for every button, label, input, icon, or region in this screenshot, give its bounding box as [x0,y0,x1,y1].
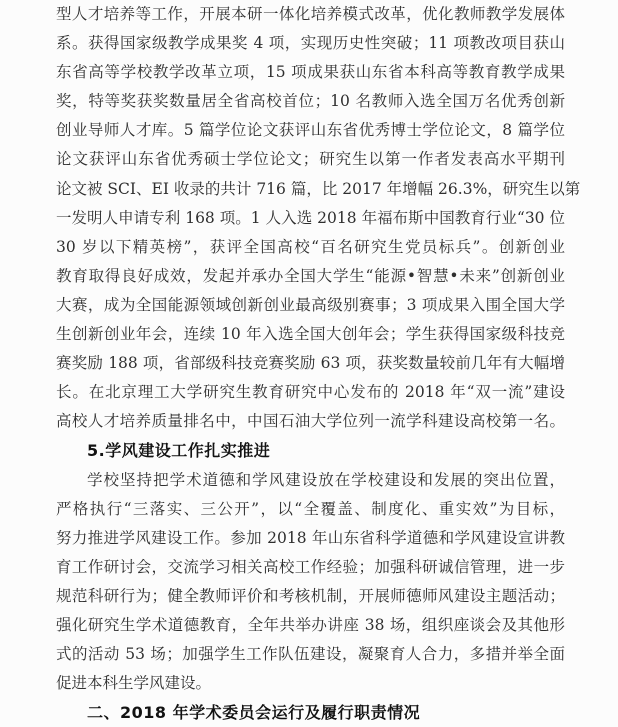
text-line: 一发明人申请专利 168 项。1 人入选 2018 年福布斯中国教育行业“30 … [56,204,565,233]
text-line: 规范科研行为；健全教师评价和考核机制，开展师德师风建设主题活动； [56,582,565,611]
text-line: 促进本科生学风建设。 [56,669,565,698]
text-line: 型人才培养等工作，开展本研一体化培养模式改革，优化教师教学发展体 [56,0,565,29]
text-line: 奖，特等奖获奖数量居全省高校首位；10 名教师入选全国万名优秀创新 [56,87,565,116]
text-line: 论文被 SCI、EI 收录的共计 716 篇，比 2017 年增幅 26.3%，… [56,175,565,204]
text-line: 论文获评山东省优秀硕士学位论文；研究生以第一作者发表高水平期刊 [56,145,565,174]
text-line: 教育取得良好成效，发起并承办全国大学生“能源•智慧•未来”创新创业 [56,262,565,291]
text-line: 育工作研讨会，交流学习相关高校工作经验；加强科研诚信管理，进一步 [56,553,565,582]
text-line: 长。在北京理工大学研究生教育研究中心发布的 2018 年“双一流”建设 [56,378,565,407]
text-line: 式的活动 53 场；加强学生工作队伍建设，凝聚育人合力，多措并举全面 [56,640,565,669]
text-line: 创业导师人才库。5 篇学位论文获评山东省优秀博士学位论文，8 篇学位 [56,116,565,145]
section-heading-committee-operation: 二、2018 年学术委员会运行及履行职责情况 [56,698,565,727]
text-line: 大赛，成为全国能源领域创新创业最高级别赛事；3 项成果入围全国大学 [56,291,565,320]
text-line: 严格执行“三落实、三公开”，以“全覆盖、制度化、重实效”为目标， [56,495,565,524]
text-line: 30 岁以下精英榜”，获评全国高校“百名研究生党员标兵”。创新创业 [56,233,565,262]
text-line: 东省高等学校教学改革立项，15 项成果获山东省本科高等教育教学成果 [56,58,565,87]
section-heading-style-construction: 5.学风建设工作扎实推进 [56,436,565,465]
document-text-block: 型人才培养等工作，开展本研一体化培养模式改革，优化教师教学发展体 系。获得国家级… [56,0,565,727]
text-line: 努力推进学风建设工作。参加 2018 年山东省科学道德和学风建设宣讲教 [56,524,565,553]
text-line: 强化研究生学术道德教育，全年共举办讲座 38 场，组织座谈会及其他形 [56,611,565,640]
text-line: 系。获得国家级教学成果奖 4 项，实现历史性突破；11 项教改项目获山 [56,29,565,58]
text-line: 生创新创业年会，连续 10 年入选全国大创年会；学生获得国家级科技竞 [56,320,565,349]
text-line: 学校坚持把学术道德和学风建设放在学校建设和发展的突出位置， [56,466,565,495]
text-line: 高校人才培养质量排名中，中国石油大学位列一流学科建设高校第一名。 [56,407,565,436]
text-line: 赛奖励 188 项，省部级科技竞赛奖励 63 项，获奖数量较前几年有大幅增 [56,349,565,378]
document-page: 型人才培养等工作，开展本研一体化培养模式改革，优化教师教学发展体 系。获得国家级… [0,0,618,727]
